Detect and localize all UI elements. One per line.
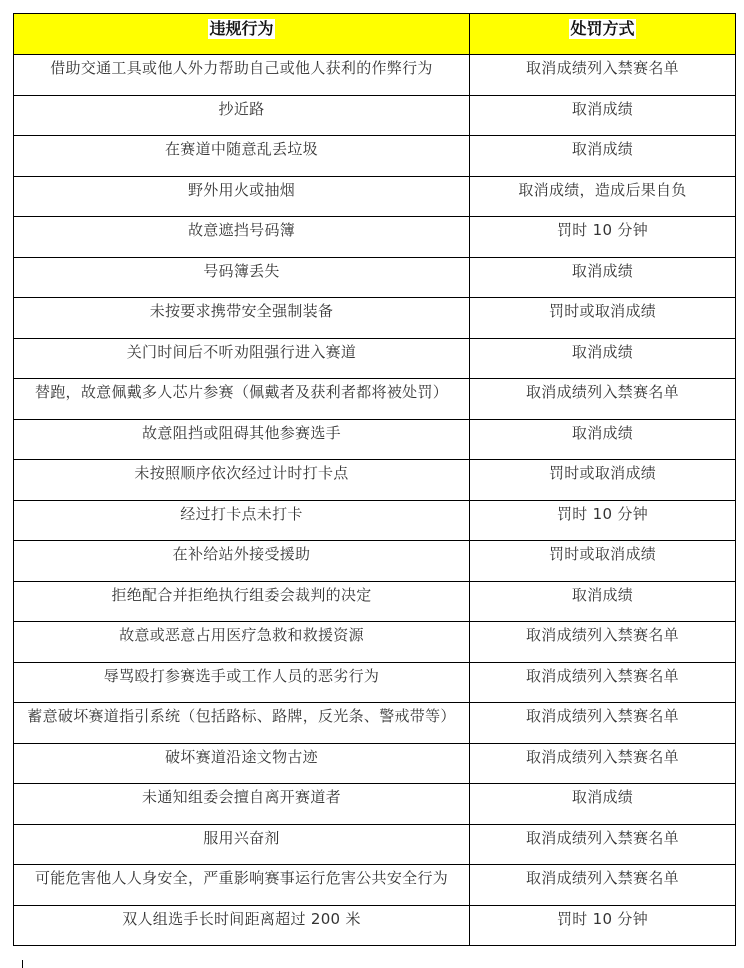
penalty-cell: 罚时或取消成绩 (470, 298, 736, 339)
violation-cell: 蓄意破坏赛道指引系统（包括路标、路牌，反光条、警戒带等） (14, 703, 470, 744)
table-row: 故意遮挡号码簿 罚时 10 分钟 (14, 217, 736, 258)
penalty-rules-table: 违规行为 处罚方式 借助交通工具或他人外力帮助自己或他人获利的作弊行为 取消成绩… (13, 13, 736, 946)
penalty-cell: 取消成绩列入禁赛名单 (470, 622, 736, 663)
table-row: 在补给站外接受援助 罚时或取消成绩 (14, 541, 736, 582)
penalty-cell: 取消成绩列入禁赛名单 (470, 824, 736, 865)
violation-cell: 抄近路 (14, 95, 470, 136)
table-row: 关门时间后不听劝阻强行进入赛道 取消成绩 (14, 338, 736, 379)
penalty-cell: 罚时 10 分钟 (470, 905, 736, 946)
violation-cell: 破坏赛道沿途文物古迹 (14, 743, 470, 784)
penalty-cell: 取消成绩列入禁赛名单 (470, 743, 736, 784)
violation-cell: 借助交通工具或他人外力帮助自己或他人获利的作弊行为 (14, 55, 470, 96)
violation-cell: 未按要求携带安全强制装备 (14, 298, 470, 339)
penalty-cell: 罚时 10 分钟 (470, 500, 736, 541)
penalty-cell: 取消成绩 (470, 257, 736, 298)
violation-cell: 在赛道中随意乱丢垃圾 (14, 136, 470, 177)
penalty-cell: 取消成绩 (470, 95, 736, 136)
violation-cell: 野外用火或抽烟 (14, 176, 470, 217)
table-row: 辱骂殴打参赛选手或工作人员的恶劣行为 取消成绩列入禁赛名单 (14, 662, 736, 703)
violation-cell: 拒绝配合并拒绝执行组委会裁判的决定 (14, 581, 470, 622)
penalty-cell: 取消成绩 (470, 136, 736, 177)
table-row: 借助交通工具或他人外力帮助自己或他人获利的作弊行为 取消成绩列入禁赛名单 (14, 55, 736, 96)
table-row: 未按照顺序依次经过计时打卡点 罚时或取消成绩 (14, 460, 736, 501)
penalty-cell: 取消成绩列入禁赛名单 (470, 55, 736, 96)
penalty-cell: 取消成绩 (470, 581, 736, 622)
table-row: 未按要求携带安全强制装备 罚时或取消成绩 (14, 298, 736, 339)
table-row: 拒绝配合并拒绝执行组委会裁判的决定 取消成绩 (14, 581, 736, 622)
penalty-cell: 取消成绩列入禁赛名单 (470, 662, 736, 703)
violation-cell: 经过打卡点未打卡 (14, 500, 470, 541)
table-row: 未通知组委会擅自离开赛道者 取消成绩 (14, 784, 736, 825)
violation-cell: 辱骂殴打参赛选手或工作人员的恶劣行为 (14, 662, 470, 703)
violation-cell: 服用兴奋剂 (14, 824, 470, 865)
table-row: 服用兴奋剂 取消成绩列入禁赛名单 (14, 824, 736, 865)
table-row: 蓄意破坏赛道指引系统（包括路标、路牌，反光条、警戒带等） 取消成绩列入禁赛名单 (14, 703, 736, 744)
penalty-cell: 罚时或取消成绩 (470, 460, 736, 501)
penalty-cell: 取消成绩列入禁赛名单 (470, 703, 736, 744)
penalty-cell: 罚时 10 分钟 (470, 217, 736, 258)
header-penalty: 处罚方式 (470, 14, 736, 55)
violation-cell: 未通知组委会擅自离开赛道者 (14, 784, 470, 825)
violation-cell: 替跑，故意佩戴多人芯片参赛（佩戴者及获利者都将被处罚） (14, 379, 470, 420)
penalty-cell: 取消成绩，造成后果自负 (470, 176, 736, 217)
penalty-cell: 取消成绩 (470, 419, 736, 460)
violation-cell: 可能危害他人人身安全，严重影响赛事运行危害公共安全行为 (14, 865, 470, 906)
table-row: 抄近路 取消成绩 (14, 95, 736, 136)
header-penalty-label: 处罚方式 (569, 19, 635, 39)
penalty-cell: 取消成绩 (470, 338, 736, 379)
table-row: 故意或恶意占用医疗急救和救援资源 取消成绩列入禁赛名单 (14, 622, 736, 663)
violation-cell: 故意阻挡或阻碍其他参赛选手 (14, 419, 470, 460)
table-row: 故意阻挡或阻碍其他参赛选手 取消成绩 (14, 419, 736, 460)
violation-cell: 双人组选手长时间距离超过 200 米 (14, 905, 470, 946)
violation-cell: 故意或恶意占用医疗急救和救援资源 (14, 622, 470, 663)
table-row: 双人组选手长时间距离超过 200 米 罚时 10 分钟 (14, 905, 736, 946)
table-row: 野外用火或抽烟 取消成绩，造成后果自负 (14, 176, 736, 217)
penalty-cell: 取消成绩 (470, 784, 736, 825)
penalty-cell: 取消成绩列入禁赛名单 (470, 865, 736, 906)
violation-cell: 未按照顺序依次经过计时打卡点 (14, 460, 470, 501)
table-header-row: 违规行为 处罚方式 (14, 14, 736, 55)
header-violation-label: 违规行为 (208, 19, 274, 39)
table-row: 替跑，故意佩戴多人芯片参赛（佩戴者及获利者都将被处罚） 取消成绩列入禁赛名单 (14, 379, 736, 420)
violation-cell: 关门时间后不听劝阻强行进入赛道 (14, 338, 470, 379)
penalty-cell: 取消成绩列入禁赛名单 (470, 379, 736, 420)
violation-cell: 在补给站外接受援助 (14, 541, 470, 582)
violation-cell: 号码簿丢失 (14, 257, 470, 298)
table-row: 可能危害他人人身安全，严重影响赛事运行危害公共安全行为 取消成绩列入禁赛名单 (14, 865, 736, 906)
table-row: 在赛道中随意乱丢垃圾 取消成绩 (14, 136, 736, 177)
header-violation: 违规行为 (14, 14, 470, 55)
table-row: 破坏赛道沿途文物古迹 取消成绩列入禁赛名单 (14, 743, 736, 784)
table-row: 号码簿丢失 取消成绩 (14, 257, 736, 298)
text-cursor (22, 960, 23, 968)
violation-cell: 故意遮挡号码簿 (14, 217, 470, 258)
table-row: 经过打卡点未打卡 罚时 10 分钟 (14, 500, 736, 541)
penalty-cell: 罚时或取消成绩 (470, 541, 736, 582)
